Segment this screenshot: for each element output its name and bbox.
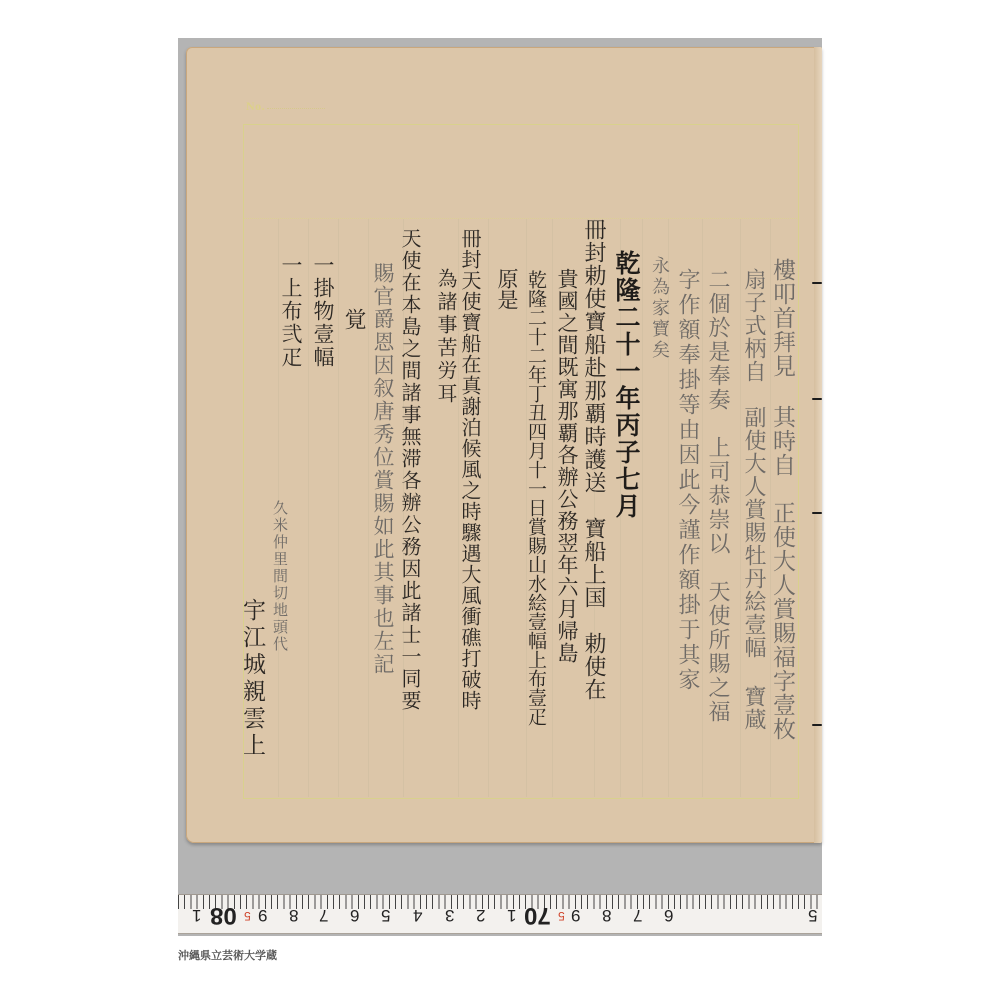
measuring-ruler: 1 08 5 9 8 7 6 5 4 3 2 1 70 5 9 8 7 6 5 — [178, 894, 822, 934]
ruler-label: 2 — [476, 905, 485, 925]
text-column: 天使在本島之間諸事無滞各辦公務因此諸士一同要 — [400, 228, 420, 712]
text-column: 乾隆二十二年丁丑四月十一日賞賜山水絵壹幅上布壹疋 — [526, 270, 545, 726]
column-rule — [702, 219, 703, 797]
text-column: 二個於是奉奏 上司恭崇以 天使所賜之福 — [706, 268, 728, 724]
ruler-label: 8 — [602, 905, 611, 925]
ruler-label: 7 — [319, 905, 328, 925]
column-rule — [338, 219, 339, 797]
ruler-label: 5 — [558, 909, 565, 923]
ruler-label: 6 — [350, 905, 359, 925]
column-rule — [488, 219, 489, 797]
column-rule — [308, 219, 309, 797]
binding-mark — [812, 512, 822, 514]
ruler-label: 70 — [524, 901, 551, 929]
text-column: 字作額奉掛等由因此今謹作額掛于其家 — [676, 268, 698, 693]
ruler-label: 08 — [210, 901, 237, 929]
text-column: 扇子式柄自 副使大人賞賜牡丹絵壹幅 寶蔵 — [742, 268, 764, 731]
ruler-label: 8 — [289, 905, 298, 925]
ruler-label: 5 — [381, 905, 390, 925]
text-column: 冊封勅使寶船赴那覇時護送 寶船上国 勅使在 — [582, 218, 604, 701]
ruler-label: 1 — [507, 905, 516, 925]
text-column: 冊封天使寶船在真謝泊候風之時驟遇大風衝礁打破時 — [460, 228, 480, 711]
text-column: 賜官爵恩因叙唐秀位賞賜如此其事也左記 — [372, 262, 393, 676]
ruler-label: 3 — [445, 905, 454, 925]
ruler-label: 5 — [244, 909, 251, 923]
date-heading: 乾隆二十一年丙子七月 — [614, 250, 639, 520]
column-rule — [552, 219, 553, 797]
column-rule — [368, 219, 369, 797]
text-column: 樓叩首拜見 其時自 正使大人賞賜福字壹枚 — [770, 258, 793, 741]
binding-mark — [812, 282, 822, 284]
text-column: 貴國之間既寓那覇各辦公務翌年六月帰島 — [556, 268, 577, 664]
number-dotted-line — [267, 108, 325, 109]
ruler-ticks — [178, 895, 822, 909]
ruler-label: 9 — [258, 905, 267, 925]
column-rule — [642, 219, 643, 797]
ruler-label: 6 — [664, 905, 673, 925]
signatory-title: 久米仲里間切地頭代 — [272, 500, 287, 653]
number-label: No. — [246, 99, 265, 114]
collection-credit: 沖縄県立芸術大学蔵 — [178, 947, 277, 963]
item-line: 一上布弐疋 — [280, 254, 301, 369]
ruler-label: 5 — [808, 905, 817, 925]
ruler-label: 1 — [192, 905, 201, 925]
binding-mark — [812, 398, 822, 400]
memorandum-heading: 覚 — [342, 308, 364, 330]
text-column: 原是 — [496, 268, 517, 310]
text-column: 永為家寶矣 — [650, 256, 668, 361]
signatory-name: 宇江城親雲上 — [240, 598, 263, 760]
ruler-label: 7 — [633, 905, 642, 925]
ruler-label: 9 — [571, 905, 580, 925]
header-divider — [244, 218, 797, 219]
ruler-label: 4 — [413, 905, 422, 925]
item-line: 一掛物壹幅 — [312, 254, 333, 369]
binding-mark — [812, 724, 822, 726]
text-column: 為諸事苦労耳 — [436, 268, 456, 406]
